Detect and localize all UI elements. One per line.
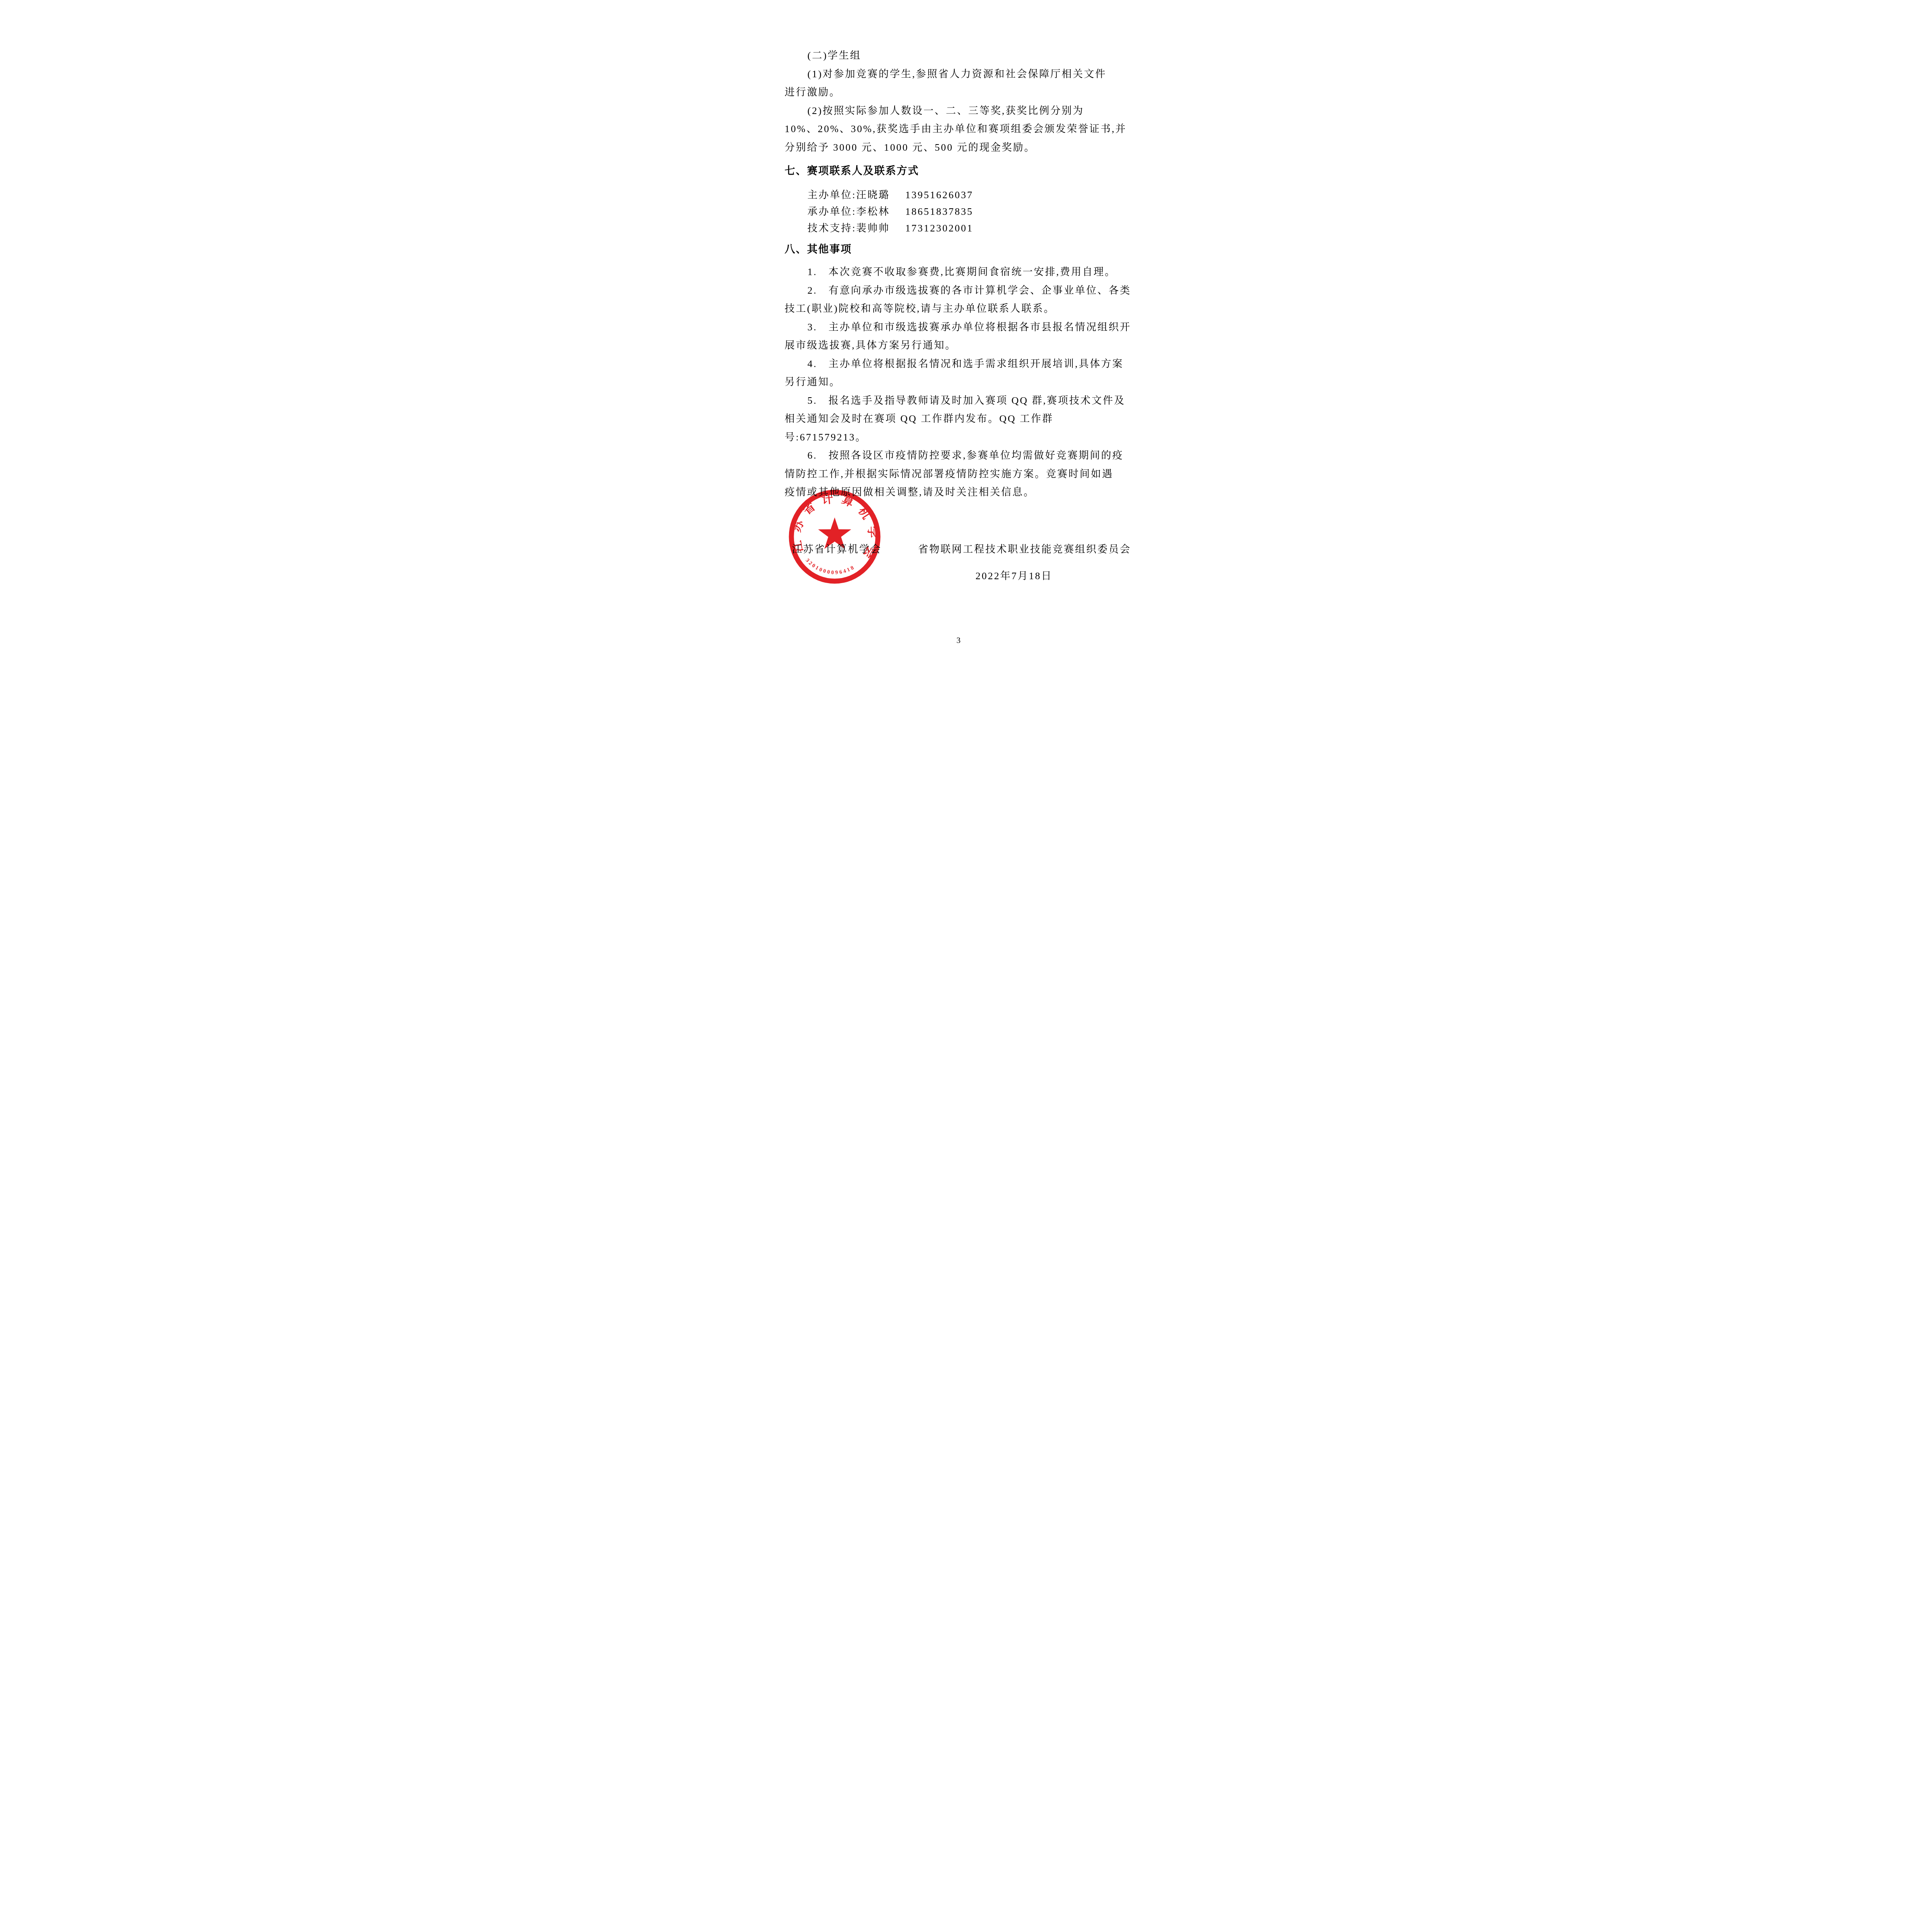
contact-name: 裴帅帅 — [856, 223, 890, 234]
official-seal: 江苏省计算机学会 3201000096418 — [787, 488, 883, 585]
other-item-3: 3. 主办单位和市级选拔赛承办单位将根据各市县报名情况组织开 展市级选拔赛,具体… — [785, 318, 1134, 355]
signature-date: 2022年7月18日 — [976, 570, 1053, 582]
contact-phone: 18651837835 — [905, 206, 973, 217]
other-item-2: 2. 有意向承办市级选拔赛的各市计算机学会、企事业单位、各类 技工(职业)院校和… — [785, 281, 1134, 318]
other-item-5: 5. 报名选手及指导教师请及时加入赛项 QQ 群,赛项技术文件及 相关通知会及时… — [785, 391, 1134, 447]
star-icon — [818, 517, 851, 549]
para-student-incentive: (1)对参加竞赛的学生,参照省人力资源和社会保障厅相关文件 进行激励。 — [785, 65, 1134, 102]
contact-row-tech-support: 技术支持:裴帅帅17312302001 — [808, 220, 1134, 236]
contact-name: 汪晓璐 — [856, 189, 890, 201]
para-student-awards: (2)按照实际参加人数设一、二、三等奖,获奖比例分别为 10%、20%、30%,… — [785, 102, 1134, 157]
other-item-4: 4. 主办单位将根据报名情况和选手需求组织开展培训,具体方案 另行通知。 — [785, 355, 1134, 391]
contact-name: 李松林 — [856, 206, 890, 217]
page-number: 3 — [719, 636, 1198, 645]
contact-row-organizer: 承办单位:李松林18651837835 — [808, 203, 1134, 220]
contact-label: 主办单位: — [808, 189, 856, 201]
document-page: (二)学生组 (1)对参加竞赛的学生,参照省人力资源和社会保障厅相关文件 进行激… — [719, 0, 1198, 678]
contact-label: 技术支持: — [808, 223, 856, 234]
other-item-1: 1. 本次竞赛不收取参赛费,比赛期间食宿统一安排,费用自理。 — [785, 263, 1134, 281]
contact-list: 主办单位:汪晓璐13951626037 承办单位:李松林18651837835 … — [808, 187, 1134, 236]
contact-phone: 13951626037 — [905, 189, 973, 201]
contact-row-host: 主办单位:汪晓璐13951626037 — [808, 187, 1134, 203]
contact-phone: 17312302001 — [905, 223, 973, 234]
section-heading-contacts: 七、赛项联系人及联系方式 — [785, 162, 1134, 180]
issuer-right-org: 省物联网工程技术职业技能竞赛组织委员会 — [918, 544, 1131, 555]
para-student-group: (二)学生组 — [785, 46, 1134, 65]
section-heading-other: 八、其他事项 — [785, 240, 1134, 259]
contact-label: 承办单位: — [808, 206, 856, 217]
